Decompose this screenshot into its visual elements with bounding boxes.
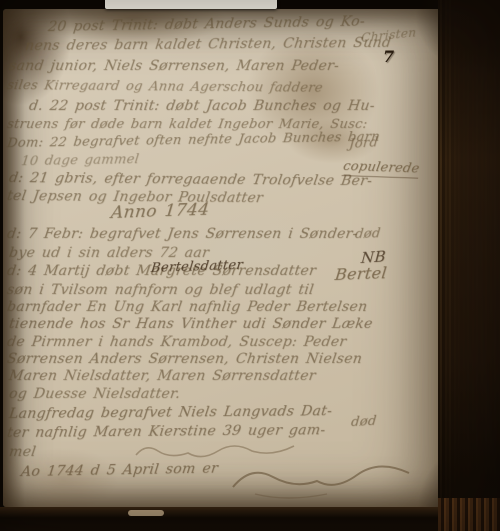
manuscript-line: mel <box>8 444 37 460</box>
book-page: 20 post Trinit: døbt Anders Sunds og Ko-… <box>3 9 452 507</box>
binding-texture <box>438 498 500 531</box>
manuscript-line: Dom: 22 begrafvet often nefnte Jacob Bun… <box>6 130 381 151</box>
margin-note: død <box>350 414 377 430</box>
manuscript-line: Maren Nielsdatter, Maren Sørrensdatter <box>8 368 317 384</box>
manuscript-line: d: 7 Febr: begrafvet Jens Sørrensen i Sø… <box>6 226 359 242</box>
manuscript-line: tienende hos Sr Hans Vinther udi Sønder … <box>8 316 374 332</box>
manuscript-line: 20 post Trinit: døbt Anders Sunds og Ko- <box>47 13 366 35</box>
manuscript-line: siles Kirregaard og Anna Agerschou fadde… <box>6 78 324 96</box>
manuscript-line: og Duesse Nielsdatter. <box>8 386 181 402</box>
manuscript-line: barnfader En Ung Karl nafnlig Peder Bert… <box>6 299 369 315</box>
page-number: 7 <box>383 47 394 66</box>
margin-note: Jord <box>348 135 378 152</box>
manuscript-line: d: 21 gbris, efter forregaaende Trolofve… <box>8 170 373 189</box>
bookmark-tab <box>105 0 277 9</box>
manuscript-line: bye ud i sin alders 72 aar <box>8 245 210 261</box>
year-heading: Anno 1744 <box>110 200 210 223</box>
manuscript-line: de Pirmner i hands Krambod, Suscep: Pede… <box>6 334 348 350</box>
manuscript-line: sand junior, Niels Sørrensen, Maren Pede… <box>8 58 340 74</box>
manuscript-line: nens deres barn kaldet Christen, Christe… <box>24 35 392 54</box>
manuscript-line: ter nafnlig Maren Kierstine 39 uger gam- <box>6 422 327 441</box>
dark-corner-top-right <box>398 0 500 95</box>
margin-note-bertel: Bertel <box>334 263 388 284</box>
manuscript-line: søn i Tvilsom nafnforn og blef udlagt ti… <box>6 282 315 298</box>
margin-note: død <box>354 226 381 242</box>
margin-note-copulerede: copulerede <box>342 159 421 179</box>
bottom-edge-highlight <box>128 510 164 516</box>
ink-flourish <box>225 457 420 501</box>
manuscript-line: 10 dage gammel <box>20 152 140 169</box>
manuscript-line: Langfredag begrafvet Niels Langvads Dat- <box>8 403 333 422</box>
manuscript-line: Sørrensen Anders Sørrensen, Christen Nie… <box>6 351 363 367</box>
photo-bottom-strip <box>0 507 500 531</box>
manuscript-line: d. 22 post Trinit: døbt Jacob Bunches og… <box>28 98 376 114</box>
scanned-parish-register-photo: 20 post Trinit: døbt Anders Sunds og Ko-… <box>0 0 500 531</box>
